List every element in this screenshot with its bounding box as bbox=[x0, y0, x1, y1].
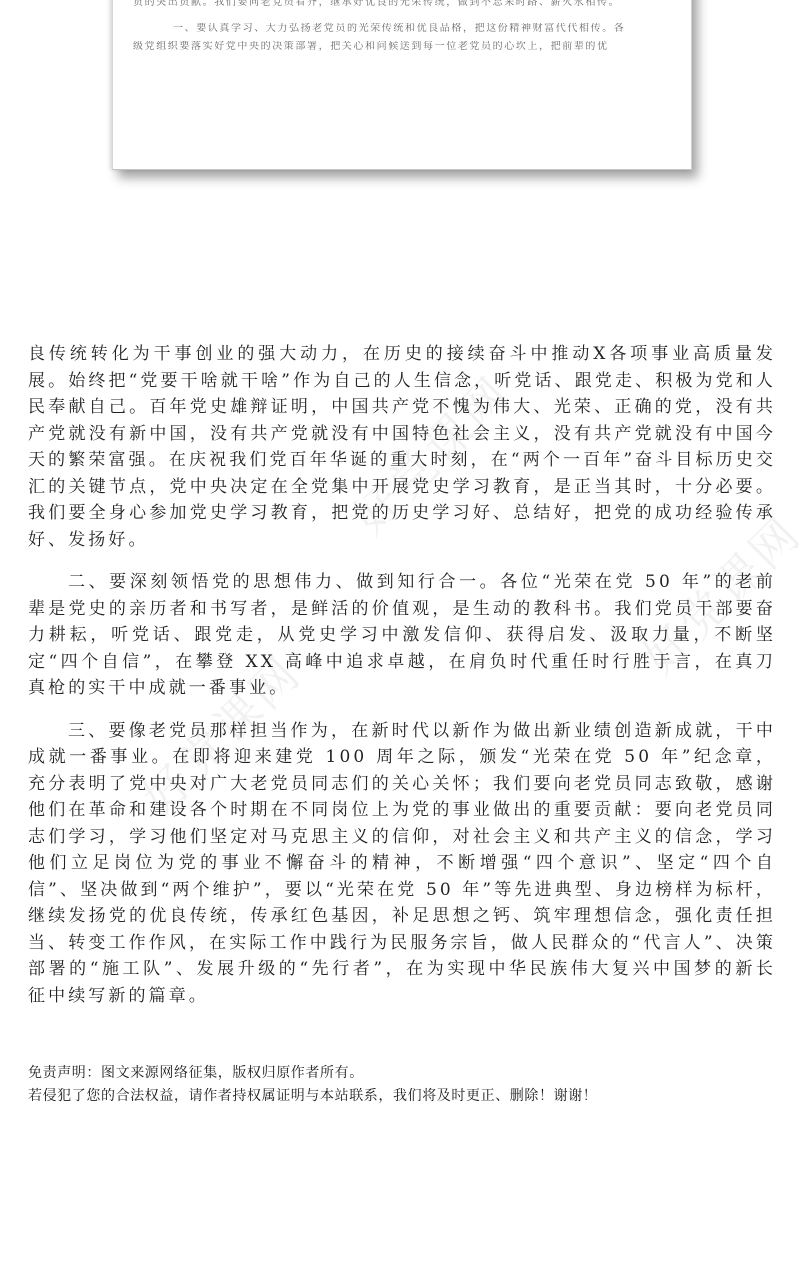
page-preview-line: 贡的突出贡献。我们要向老党员看齐，继承好优良的光荣传统，做到不忘来时路、薪火永相… bbox=[133, 0, 651, 9]
paragraph-section-three: 三、要像老党员那样担当作为，在新时代以新作为做出新业绩创造新成就，干中成就一番事… bbox=[28, 718, 776, 1010]
article-body: 良传统转化为干事创业的强大动力，在历史的接续奋斗中推动X各项事业高质量发展。始终… bbox=[28, 341, 776, 1023]
paragraph-section-two: 二、要深刻领悟党的思想伟力、做到知行合一。各位“光荣在党 50 年”的老前辈是党… bbox=[28, 569, 776, 702]
document-page-preview: 贡的突出贡献。我们要向老党员看齐，继承好优良的光荣传统，做到不忘来时路、薪火永相… bbox=[112, 0, 692, 170]
page-preview-line: 级党组织要落实好党中央的决策部署，把关心和问候送到每一位老党员的心坎上，把前辈的… bbox=[133, 41, 651, 53]
disclaimer-line-contact: 若侵犯了您的合法权益，请作者持权属证明与本站联系，我们将及时更正、删除！谢谢！ bbox=[28, 1085, 768, 1108]
paragraph-continuation: 良传统转化为干事创业的强大动力，在历史的接续奋斗中推动X各项事业高质量发展。始终… bbox=[28, 341, 776, 553]
page-preview-line: 一、要认真学习、大力弘扬老党员的光荣传统和优良品格，把这份精神财富代代相传。各 bbox=[133, 23, 651, 35]
disclaimer: 免责声明：图文来源网络征集，版权归原作者所有。 若侵犯了您的合法权益，请作者持权… bbox=[28, 1062, 768, 1108]
disclaimer-line-copyright: 免责声明：图文来源网络征集，版权归原作者所有。 bbox=[28, 1062, 768, 1085]
